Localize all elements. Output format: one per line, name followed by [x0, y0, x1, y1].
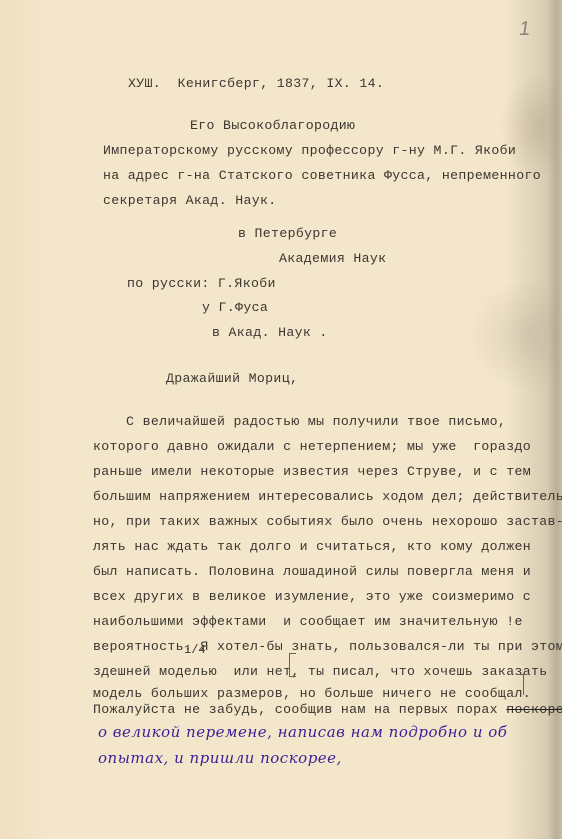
- address-line-2: Императорскому русскому профессору г-ну …: [103, 143, 516, 158]
- body-line: большим напряжением интересовались ходом…: [93, 489, 562, 504]
- body-line: которого давно ожидали с нетерпением; мы…: [93, 439, 531, 454]
- address-line-8: у Г.Фуса: [202, 300, 268, 315]
- body-line: наибольшими эффектами и сообщает им знач…: [93, 614, 523, 629]
- last-typed-line: Пожалуйста не забудь, сообщив нам на пер…: [93, 702, 498, 717]
- letter-header: ХУШ. Кенигсберг, 1837, IX. 14.: [128, 76, 384, 91]
- address-line-3: на адрес г-на Статского советника Фусса,…: [103, 168, 541, 183]
- body-line: но, при таких важных событиях было очень…: [93, 514, 562, 529]
- body-line-last: Пожалуйста не забудь, сообщив нам на пер…: [93, 702, 562, 717]
- handwritten-line-1: о великой перемене, написав нам подробно…: [98, 723, 507, 741]
- margin-mark: 1/4: [184, 643, 206, 657]
- body-line: модель больших размеров, но больше ничег…: [93, 686, 531, 701]
- body-line: С величайшей радостью мы получили твое п…: [93, 414, 506, 429]
- struck-out-word: поскорее,: [506, 702, 562, 717]
- address-line-9: в Акад. Наук .: [212, 325, 328, 340]
- address-line-7: по русски: Г.Якоби: [127, 276, 276, 291]
- body-line: здешней моделью или нет, ты писал, что х…: [93, 664, 548, 679]
- body-line: лять нас ждать так долго и считаться, кт…: [93, 539, 531, 554]
- address-line-6: Академия Наук: [279, 251, 386, 266]
- body-line: вероятность. Я хотел-бы знать, пользовал…: [93, 639, 562, 654]
- handwritten-line-2: опытах, и пришли поскорее,: [98, 749, 342, 767]
- address-line-4: секретаря Акад. Наук.: [103, 193, 277, 208]
- address-line-1: Его Высокоблагородию: [190, 118, 355, 133]
- salutation: Дражайший Мориц,: [166, 371, 298, 386]
- body-line: был написать. Половина лошадиной силы по…: [93, 564, 531, 579]
- body-line: всех других в великое изумление, это уже…: [93, 589, 531, 604]
- margin-bracket-right: [518, 674, 524, 695]
- address-line-5: в Петербурге: [238, 226, 337, 241]
- body-line: раньше имели некоторые известия через Ст…: [93, 464, 531, 479]
- margin-bracket-left: [289, 653, 296, 677]
